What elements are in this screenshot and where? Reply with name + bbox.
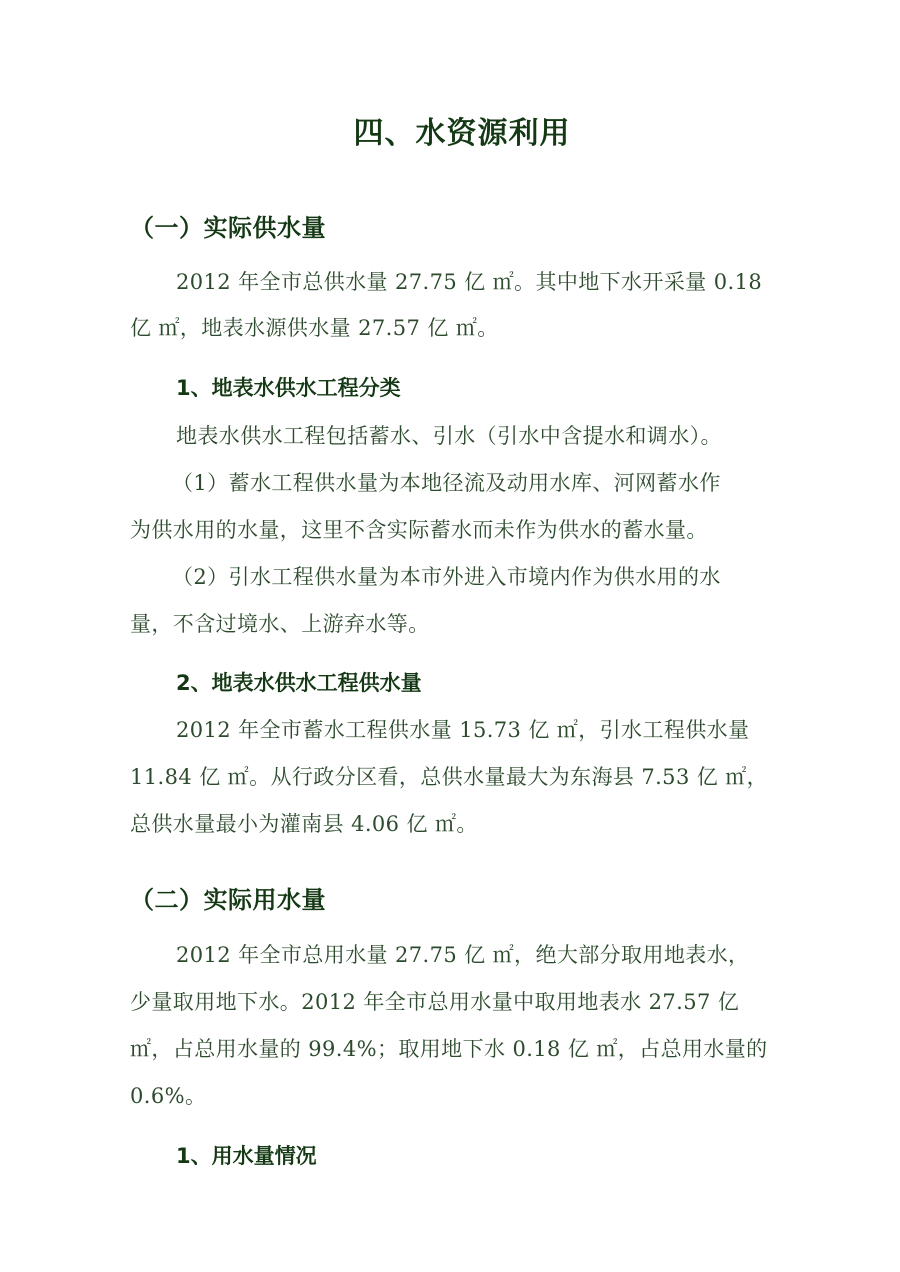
paragraph-line: 0.6%。 <box>130 1080 810 1110</box>
paragraph-line: 2012 年全市蓄水工程供水量 15.73 亿 ㎡，引水工程供水量 <box>176 714 856 744</box>
page-title: 四、水资源利用 <box>0 108 900 152</box>
paragraph-line: 量，不含过境水、上游弃水等。 <box>130 608 810 638</box>
paragraph-line: 为供水用的水量，这里不含实际蓄水而未作为供水的蓄水量。 <box>130 514 810 544</box>
paragraph-line: 11.84 亿 ㎡。从行政分区看，总供水量最大为东海县 7.53 亿 ㎡， <box>130 761 810 791</box>
paragraph-line: 2012 年全市总用水量 27.75 亿 ㎡，绝大部分取用地表水， <box>176 939 856 969</box>
paragraph-line: ㎡，占总用水量的 99.4%；取用地下水 0.18 亿 ㎡，占总用水量的 <box>130 1033 810 1063</box>
section-heading-usage: （二）实际用水量 <box>130 880 326 915</box>
subsection-heading-classification: 1、地表水供水工程分类 <box>176 372 401 402</box>
paragraph-line: 地表水供水工程包括蓄水、引水（引水中含提水和调水）。 <box>176 420 856 450</box>
subsection-heading-supply-amount: 2、地表水供水工程供水量 <box>176 667 422 697</box>
section-heading-supply: （一）实际供水量 <box>130 208 326 243</box>
paragraph-line: （2）引水工程供水量为本市外进入市境内作为供水用的水 <box>172 561 852 591</box>
paragraph-line: 亿 ㎡，地表水源供水量 27.57 亿 ㎡。 <box>130 312 810 342</box>
paragraph-line: 2012 年全市总供水量 27.75 亿 ㎡。其中地下水开采量 0.18 <box>176 266 856 296</box>
paragraph-line: （1）蓄水工程供水量为本地径流及动用水库、河网蓄水作 <box>172 467 852 497</box>
subsection-heading-usage-situation: 1、用水量情况 <box>176 1140 317 1170</box>
paragraph-line: 少量取用地下水。2012 年全市总用水量中取用地表水 27.57 亿 <box>130 986 810 1016</box>
paragraph-line: 总供水量最小为灌南县 4.06 亿 ㎡。 <box>130 808 810 838</box>
document-page: 四、水资源利用 （一）实际供水量 2012 年全市总供水量 27.75 亿 ㎡。… <box>0 0 900 1272</box>
